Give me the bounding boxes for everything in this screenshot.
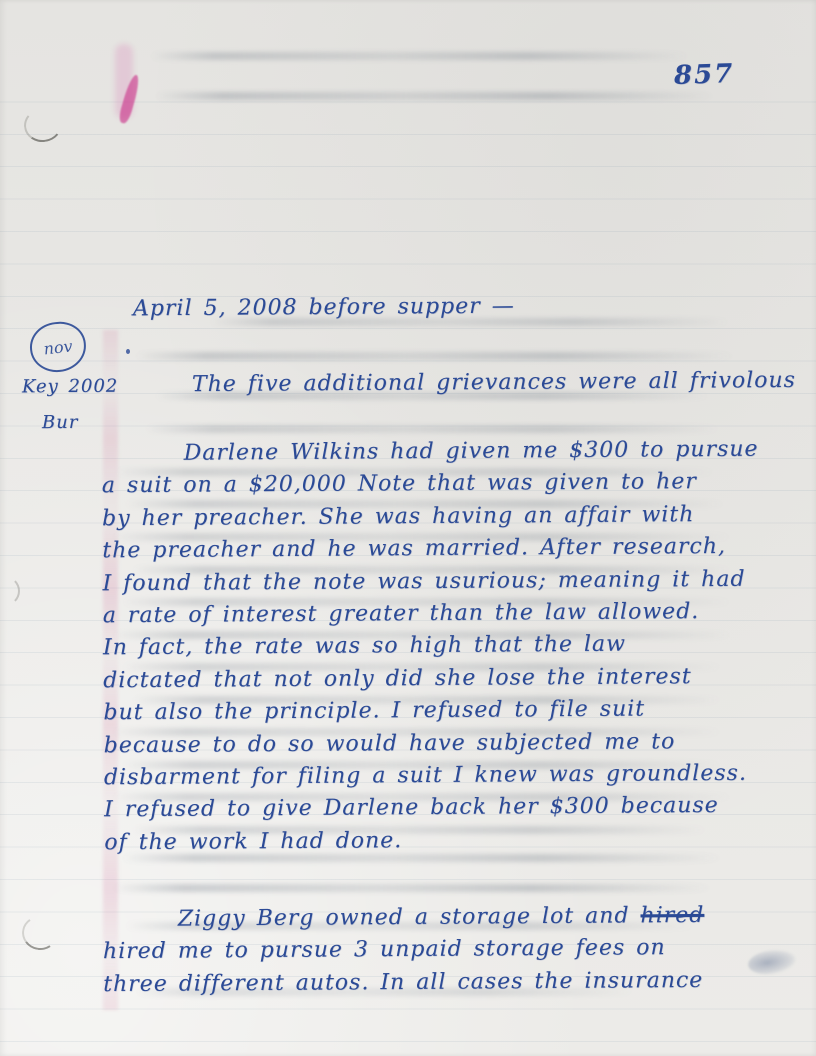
handwriting-line: a rate of interest greater than the law … <box>103 596 760 633</box>
handwriting-line: disbarment for filing a suit I knew was … <box>104 758 761 795</box>
margin-note-line1: Key 2002 <box>22 376 118 398</box>
page-number: 857 <box>673 59 734 91</box>
paragraph-ziggy: Ziggy Berg owned a storage lot and hired… <box>103 900 705 1001</box>
margin-note-line2: Bur <box>42 412 79 433</box>
handwriting-line: Darlene Wilkins had given me $300 to pur… <box>102 434 759 471</box>
hole-punch-top <box>22 106 64 145</box>
section-heading: The five additional grievances were all … <box>192 368 796 397</box>
handwriting-line: dictated that not only did she lose the … <box>103 660 760 697</box>
margin-note-circled-text: nov <box>43 336 74 358</box>
bleedthrough-smudge <box>135 352 735 360</box>
ink-smudge-blob <box>747 947 798 977</box>
handwriting-line: Ziggy Berg owned a storage lot and hired <box>103 900 705 937</box>
bleedthrough-smudge <box>145 425 720 433</box>
handwriting-line: In fact, the rate was so high that the l… <box>103 628 760 665</box>
handwriting-line: of the work I had done. <box>104 822 761 859</box>
hole-punch-bottom <box>19 913 60 953</box>
date-line: April 5, 2008 before supper — <box>133 294 515 322</box>
bleedthrough-smudge <box>112 884 712 892</box>
ink-dot <box>126 349 130 354</box>
handwriting-line: a suit on a $20,000 Note that was given … <box>102 466 759 503</box>
handwriting-text: Ziggy Berg owned a storage lot and <box>178 903 641 931</box>
bleedthrough-smudge <box>155 92 715 100</box>
paragraph-darlene: Darlene Wilkins had given me $300 to pur… <box>102 434 762 860</box>
handwriting-line: I found that the note was usurious; mean… <box>102 563 759 600</box>
handwriting-line: but also the principle. I refused to fil… <box>103 693 760 730</box>
handwriting-line: because to do so would have subjected me… <box>104 725 761 762</box>
handwriting-line: I refused to give Darlene back her $300 … <box>104 790 761 827</box>
handwriting-line: hired me to pursue 3 unpaid storage fees… <box>103 932 705 969</box>
handwriting-line: the preacher and he was married. After r… <box>102 531 759 568</box>
handwriting-line: three different autos. In all cases the … <box>103 965 705 1002</box>
scanned-notebook-page: 857 April 5, 2008 before supper — nov Ke… <box>0 0 816 1056</box>
bleedthrough-smudge <box>150 52 690 60</box>
handwriting-line: by her preacher. She was having an affai… <box>102 498 759 535</box>
struck-word: hired <box>640 903 704 928</box>
margin-note-circle: nov <box>28 319 89 375</box>
hole-punch-middle <box>0 576 20 606</box>
